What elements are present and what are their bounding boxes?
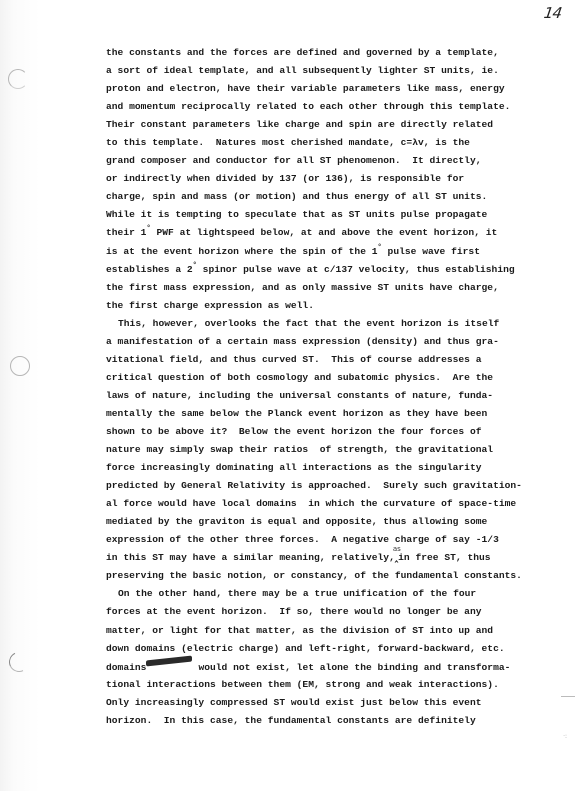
- text-line: to this template. Natures most cherished…: [106, 134, 571, 152]
- text-segment: would not exist, let alone the binding a…: [193, 662, 511, 673]
- handwritten-page-number: 14: [543, 4, 563, 22]
- margin-speck: ·:: [563, 733, 567, 740]
- text-line: matter, or light for that matter, as the…: [106, 622, 571, 640]
- punch-hole-bottom: [6, 649, 32, 675]
- text-line: predicted by General Relativity is appro…: [106, 477, 571, 495]
- text-line: expression of the other three forces. A …: [106, 531, 571, 549]
- text-line-with-insertion: in this ST may have a similar meaning, r…: [106, 549, 571, 567]
- text-segment: establishes a 2: [106, 264, 193, 275]
- text-segment: their 1: [106, 227, 146, 238]
- punch-hole-middle: [10, 356, 30, 376]
- typewritten-text-body: the constants and the forces are defined…: [106, 44, 571, 730]
- text-segment: pulse wave first: [382, 246, 480, 257]
- text-line: or indirectly when divided by 137 (or 13…: [106, 170, 571, 188]
- text-segment: PWF at lightspeed below, at and above th…: [151, 227, 498, 238]
- document-page: 14 the constants and the forces are defi…: [0, 0, 575, 791]
- text-line-with-strikeout: domainsentirely would not exist, let alo…: [106, 658, 571, 676]
- margin-mark: [561, 696, 575, 697]
- text-line: charge, spin and mass (or motion) and th…: [106, 188, 571, 206]
- text-line: mentally the same below the Planck event…: [106, 405, 571, 423]
- text-segment: domains: [106, 662, 146, 673]
- text-line-with-degree: establishes a 2° spinor pulse wave at c/…: [106, 261, 571, 279]
- text-line: horizon. In this case, the fundamental c…: [106, 712, 571, 730]
- text-segment: in free ST, thus: [398, 552, 490, 563]
- text-line: forces at the event horizon. If so, ther…: [106, 603, 571, 621]
- text-line: While it is tempting to speculate that a…: [106, 206, 571, 224]
- text-line: and momentum reciprocally related to eac…: [106, 98, 571, 116]
- text-line: a manifestation of a certain mass expres…: [106, 333, 571, 351]
- handwritten-insertion: as‸: [395, 549, 398, 567]
- text-line: critical question of both cosmology and …: [106, 369, 571, 387]
- text-line-with-degree: is at the event horizon where the spin o…: [106, 243, 571, 261]
- text-line: preserving the basic notion, or constanc…: [106, 567, 571, 585]
- text-segment: is at the event horizon where the spin o…: [106, 246, 378, 257]
- text-line: shown to be above it? Below the event ho…: [106, 423, 571, 441]
- text-line: Only increasingly compressed ST would ex…: [106, 694, 571, 712]
- text-line: down domains (electric charge) and left-…: [106, 640, 571, 658]
- text-segment: in this ST may have a similar meaning, r…: [106, 552, 395, 563]
- text-line: the first charge expression as well.: [106, 297, 571, 315]
- text-line: the first mass expression, and as only m…: [106, 279, 571, 297]
- text-line: a sort of ideal template, and all subseq…: [106, 62, 571, 80]
- text-line: mediated by the graviton is equal and op…: [106, 513, 571, 531]
- paragraph-start-line: On the other hand, there may be a true u…: [106, 585, 571, 603]
- text-line: vitational field, and thus curved ST. Th…: [106, 351, 571, 369]
- text-segment: spinor pulse wave at c/137 velocity, thu…: [197, 264, 515, 275]
- text-line: the constants and the forces are defined…: [106, 44, 571, 62]
- text-line: nature may simply swap their ratios of s…: [106, 441, 571, 459]
- text-line-with-degree: their 1° PWF at lightspeed below, at and…: [106, 224, 571, 242]
- text-line: grand composer and conductor for all ST …: [106, 152, 571, 170]
- text-line: proton and electron, have their variable…: [106, 80, 571, 98]
- text-line: tional interactions between them (EM, st…: [106, 676, 571, 694]
- text-line: al force would have local domains in whi…: [106, 495, 571, 513]
- text-line: Their constant parameters like charge an…: [106, 116, 571, 134]
- punch-hole-top: [8, 69, 28, 89]
- text-line: force increasingly dominating all intera…: [106, 459, 571, 477]
- text-line: laws of nature, including the universal …: [106, 387, 571, 405]
- paragraph-start-line: This, however, overlooks the fact that t…: [106, 315, 571, 333]
- inserted-word: as: [393, 540, 401, 558]
